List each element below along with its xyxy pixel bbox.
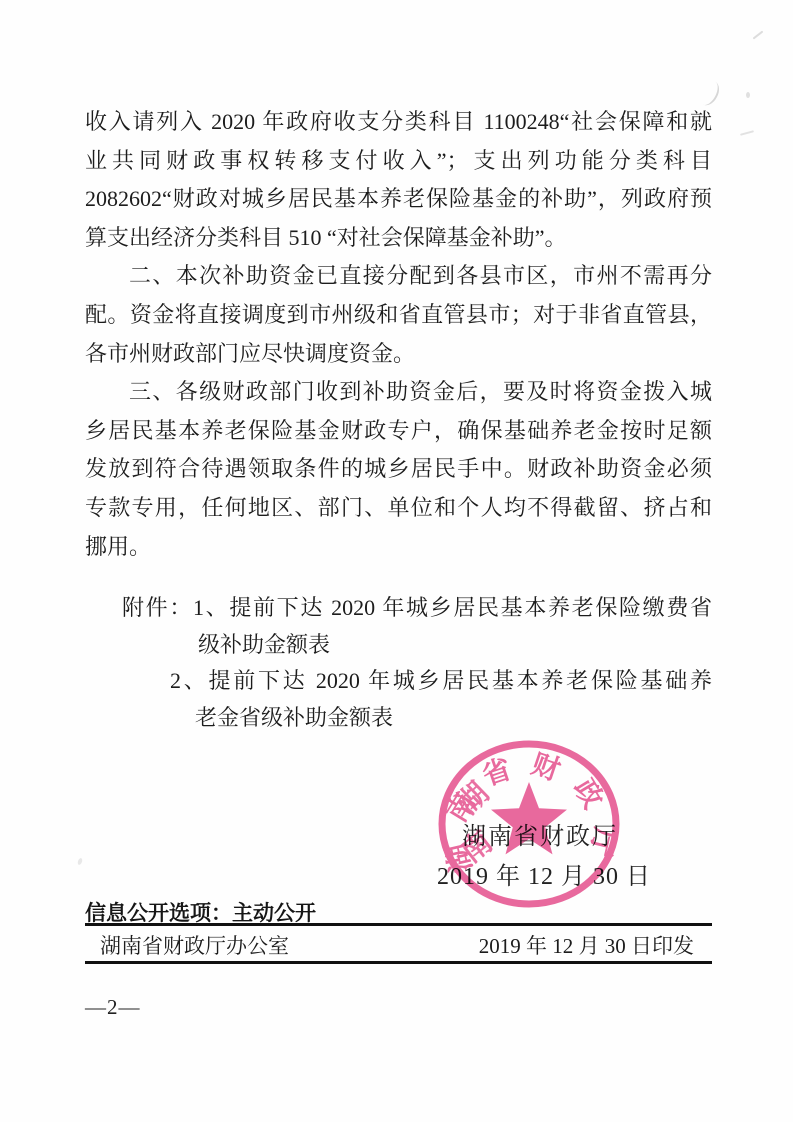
footer-rule-top — [85, 923, 712, 926]
footer-rule-bottom — [85, 961, 712, 964]
body-line: 各市州财政部门应尽快调度资金。 — [85, 335, 712, 374]
attachment-line: 附件：1、提前下达 2020 年城乡居民基本养老保险缴费省 — [85, 590, 712, 627]
body-line: 三、各级财政部门收到补助资金后，要及时将资金拨入城 — [85, 373, 712, 412]
scan-artifact — [740, 130, 754, 136]
body-line: 挪用。 — [85, 528, 712, 567]
official-seal: 湖南省财政厅 湖 南 — [433, 738, 625, 910]
body-line: 配。资金将直接调度到市州级和省直管县市；对于非省直管县， — [85, 296, 712, 335]
body-line: 收入请列入 2020 年政府收支分类科目 1100248“社会保障和就 — [85, 103, 712, 142]
document-page: 收入请列入 2020 年政府收支分类科目 1100248“社会保障和就 业共同财… — [0, 0, 793, 1122]
body-line: 业共同财政事权转移支付收入”；支出列功能分类科目 — [85, 142, 712, 181]
star-icon — [491, 782, 567, 854]
body-line: 专款专用，任何地区、部门、单位和个人均不得截留、挤占和 — [85, 489, 712, 528]
print-date: 2019 年 12 月 30 日印发 — [479, 933, 712, 960]
attachment-line: 级补助金额表 — [85, 627, 712, 664]
body-line: 乡居民基本养老保险基金财政专户，确保基础养老金按时足额 — [85, 412, 712, 451]
scan-artifact — [753, 31, 764, 40]
scan-artifact — [746, 92, 750, 98]
page-number: —2— — [85, 995, 141, 1020]
issuing-office: 湖南省财政厅办公室 — [85, 933, 289, 960]
document-body: 收入请列入 2020 年政府收支分类科目 1100248“社会保障和就 业共同财… — [85, 103, 712, 566]
issuer-row: 湖南省财政厅办公室 2019 年 12 月 30 日印发 — [85, 933, 712, 960]
attachment-line: 老金省级补助金额表 — [85, 700, 712, 737]
body-line: 算支出经济分类科目 510 “对社会保障基金补助”。 — [85, 219, 712, 258]
body-line: 发放到符合待遇领取条件的城乡居民手中。财政补助资金必须 — [85, 450, 712, 489]
attachment-line: 2、提前下达 2020 年城乡居民基本养老保险基础养 — [85, 663, 712, 700]
attachments-list: 附件：1、提前下达 2020 年城乡居民基本养老保险缴费省 级补助金额表 2、提… — [85, 590, 712, 736]
body-line: 二、本次补助资金已直接分配到各县市区，市州不需再分 — [85, 257, 712, 296]
body-line: 2082602“财政对城乡居民基本养老保险基金的补助”，列政府预 — [85, 180, 712, 219]
scan-artifact — [77, 858, 83, 866]
